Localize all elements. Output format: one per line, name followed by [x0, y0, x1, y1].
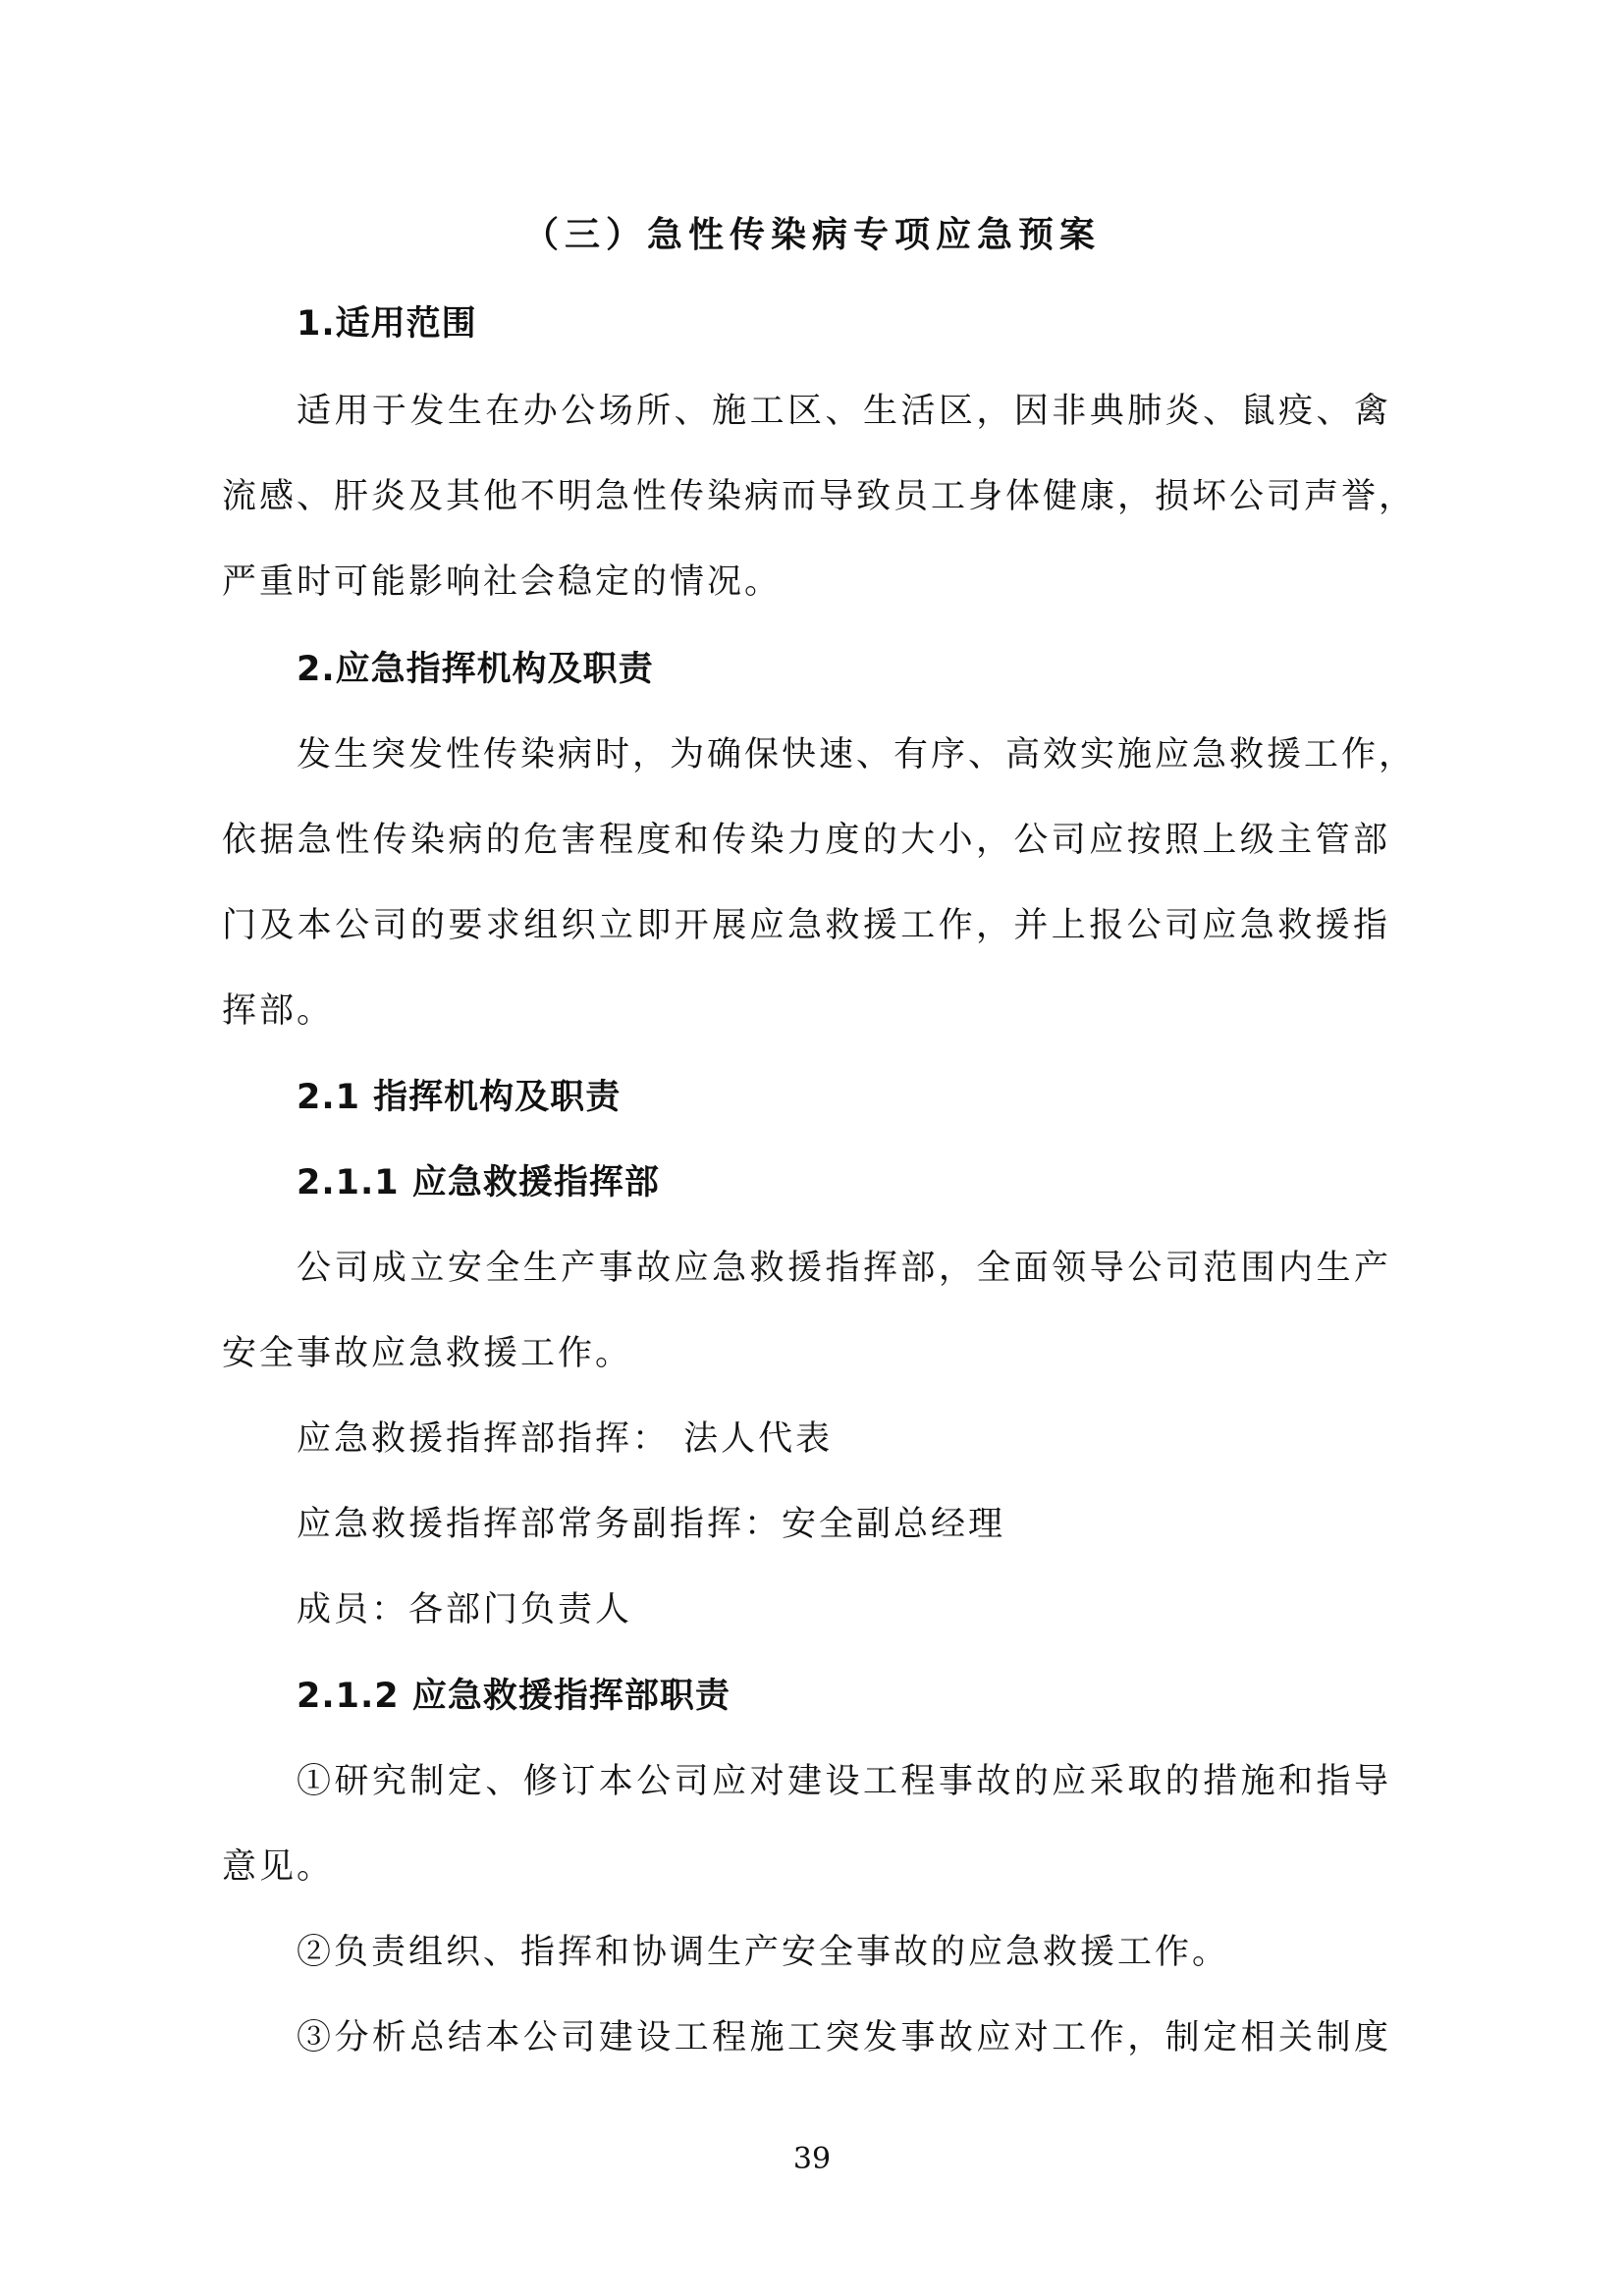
section-heading-2-1-1: 2.1.1 应急救援指挥部 [297, 1161, 660, 1204]
page-number: 39 [0, 2142, 1624, 2177]
role-label: 应急救援指挥部指挥： [297, 1419, 670, 1459]
paragraph-line: 公司成立安全生产事故应急救援指挥部，全面领导公司范围内生产 [297, 1247, 1391, 1290]
role-value: 各部门负责人 [408, 1590, 632, 1629]
paragraph-line: 门及本公司的要求组织立即开展应急救援工作，并上报公司应急救援指 [222, 904, 1390, 947]
section-heading-2-1-2: 2.1.2 应急救援指挥部职责 [297, 1675, 731, 1718]
paragraph-line: 发生突发性传染病时，为确保快速、有序、高效实施应急救援工作， [297, 733, 1391, 776]
section-heading-2: 2.应急指挥机构及职责 [297, 648, 654, 691]
section-heading-2-1: 2.1 指挥机构及职责 [297, 1076, 621, 1119]
duty-item-1-line: 意见。 [222, 1845, 334, 1889]
paragraph-line: 挥部。 [222, 989, 334, 1033]
paragraph-line: 适用于发生在办公场所、施工区、生活区，因非典肺炎、鼠疫、禽 [297, 390, 1391, 433]
role-label: 应急救援指挥部常务副指挥： [297, 1505, 782, 1544]
role-commander: 应急救援指挥部指挥： 法人代表 [297, 1417, 833, 1461]
section-heading-1: 1.适用范围 [297, 302, 477, 346]
duty-item-2-line: ②负责组织、指挥和协调生产安全事故的应急救援工作。 [297, 1931, 1229, 1974]
paragraph-line: 安全事故应急救援工作。 [222, 1332, 632, 1375]
role-members: 成员：各部门负责人 [297, 1588, 632, 1631]
role-value: 安全副总经理 [782, 1505, 1005, 1544]
paragraph-line: 流感、肝炎及其他不明急性传染病而导致员工身体健康，损坏公司声誉， [222, 475, 1390, 518]
paragraph-line: 依据急性传染病的危害程度和传染力度的大小，公司应按照上级主管部 [222, 819, 1390, 862]
document-page: （三）急性传染病专项应急预案 1.适用范围 适用于发生在办公场所、施工区、生活区… [0, 0, 1624, 2296]
role-deputy-commander: 应急救援指挥部常务副指挥：安全副总经理 [297, 1503, 1005, 1546]
paragraph-line: 严重时可能影响社会稳定的情况。 [222, 561, 782, 604]
document-title: （三）急性传染病专项应急预案 [0, 214, 1624, 257]
duty-item-1-line: ①研究制定、修订本公司应对建设工程事故的应采取的措施和指导 [297, 1760, 1391, 1803]
role-label: 成员： [297, 1590, 408, 1629]
role-value: 法人代表 [670, 1419, 833, 1459]
duty-item-3-line: ③分析总结本公司建设工程施工突发事故应对工作，制定相关制度 [297, 2016, 1391, 2059]
